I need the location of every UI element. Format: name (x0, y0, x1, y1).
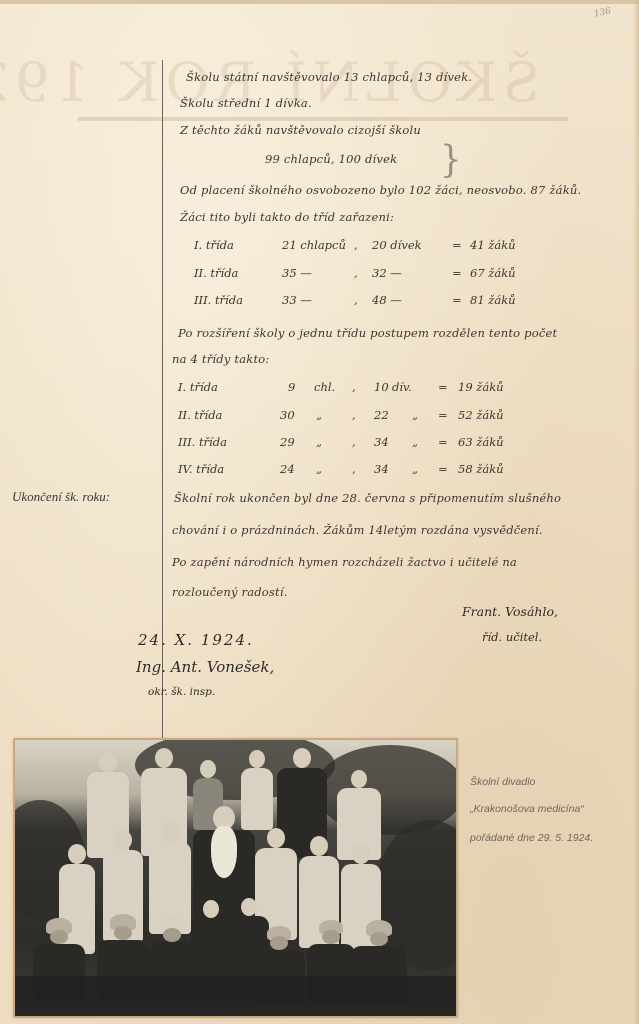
class-name: I. třída (178, 380, 218, 394)
boys-unit: chl. (314, 380, 335, 394)
equals: = (452, 293, 462, 307)
equals: = (452, 266, 462, 280)
class-name: I. třída (194, 238, 234, 252)
girls-count: 48 — (372, 293, 402, 307)
class-total: 67 žáků (470, 266, 516, 280)
girls-count: 32 — (372, 266, 402, 280)
group-photograph (15, 740, 456, 1016)
girls-count: 22 (374, 408, 389, 422)
text-line: chování i o prázdninách. Žákům 14letým r… (172, 523, 543, 537)
ruled-band (78, 117, 568, 121)
equals: = (438, 408, 448, 422)
girls-count: 10 (374, 380, 389, 394)
class-total: 52 žáků (458, 408, 504, 422)
class-total: 41 žáků (470, 238, 516, 252)
class-total: 63 žáků (458, 435, 504, 449)
brace-mark: } (440, 138, 462, 182)
text-line: Z těchto žáků navštěvovalo cizojší školu (180, 123, 421, 137)
class-name: II. třída (178, 408, 222, 422)
separator: , (354, 293, 358, 307)
girls-count: 20 dívek (372, 238, 422, 252)
equals: = (438, 462, 448, 476)
boys-count: 29 (280, 435, 295, 449)
boys-count: 35 — (282, 266, 312, 280)
boys-unit: „ (316, 408, 322, 422)
girls-unit: „ (412, 462, 418, 476)
girls-unit: dív. (392, 380, 412, 394)
boys-count: 33 — (282, 293, 312, 307)
inspector-title: okr. šk. insp. (148, 686, 215, 698)
chronicle-page: 136 ŠKOLNÍ ROK 1923 Školu státní navštěv… (0, 0, 639, 1024)
boys-count: 9 (288, 380, 295, 394)
equals: = (452, 238, 462, 252)
photo-ground (15, 976, 456, 1016)
text-line: Po rozšíření školy o jednu třídu postupe… (178, 326, 557, 340)
girls-count: 34 (374, 435, 389, 449)
margin-label-end-of-year: Ukončení šk. roku: (12, 489, 110, 505)
boys-unit: „ (316, 435, 322, 449)
separator: , (352, 435, 356, 449)
class-total: 81 žáků (470, 293, 516, 307)
text-line: Po zapění národních hymen rozcházeli žac… (172, 555, 517, 569)
separator: , (352, 462, 356, 476)
class-total: 19 žáků (458, 380, 504, 394)
equals: = (438, 435, 448, 449)
class-name: IV. třída (178, 462, 224, 476)
boys-unit: „ (316, 462, 322, 476)
separator: , (354, 238, 358, 252)
boys-count: 21 chlapců (282, 238, 346, 252)
inspection-date: 24. X. 1924. (138, 631, 254, 649)
text-line: 99 chlapců, 100 dívek (265, 152, 397, 166)
text-line: na 4 třídy takto: (172, 352, 269, 366)
separator: , (354, 266, 358, 280)
class-total: 58 žáků (458, 462, 504, 476)
text-line: Školu střední 1 dívka. (180, 96, 312, 110)
photo-caption-date: pořádané dne 29. 5. 1924. (470, 832, 593, 844)
text-line: rozloučený radostí. (172, 585, 288, 599)
class-name: III. třída (194, 293, 243, 307)
class-name: III. třída (178, 435, 227, 449)
text-line: Školu státní navštěvovalo 13 chlapců, 13… (186, 70, 472, 84)
separator: , (352, 408, 356, 422)
girls-unit: „ (412, 408, 418, 422)
text-line: Žáci tito byli takto do tříd zařazeni: (180, 210, 394, 224)
class-name: II. třída (194, 266, 238, 280)
photo-caption-play-title: „Krakonošova medicína“ (470, 803, 584, 815)
page-number: 136 (593, 6, 612, 19)
girls-count: 34 (374, 462, 389, 476)
photo-caption-line: Školní divadlo (470, 776, 535, 788)
text-line: Školní rok ukončen byl dne 28. června s … (174, 491, 561, 505)
teacher-title: říd. učitel. (482, 630, 542, 644)
girls-unit: „ (412, 435, 418, 449)
boys-count: 30 (280, 408, 295, 422)
page-top-edge (0, 0, 639, 4)
teacher-signature: Frant. Vosáhlo, (462, 604, 558, 619)
page-right-edge (633, 0, 639, 1024)
boys-count: 24 (280, 462, 295, 476)
text-line: Od placení školného osvobozeno bylo 102 … (180, 183, 581, 197)
inspector-signature: Ing. Ant. Vonešek, (136, 658, 274, 676)
separator: , (352, 380, 356, 394)
equals: = (438, 380, 448, 394)
